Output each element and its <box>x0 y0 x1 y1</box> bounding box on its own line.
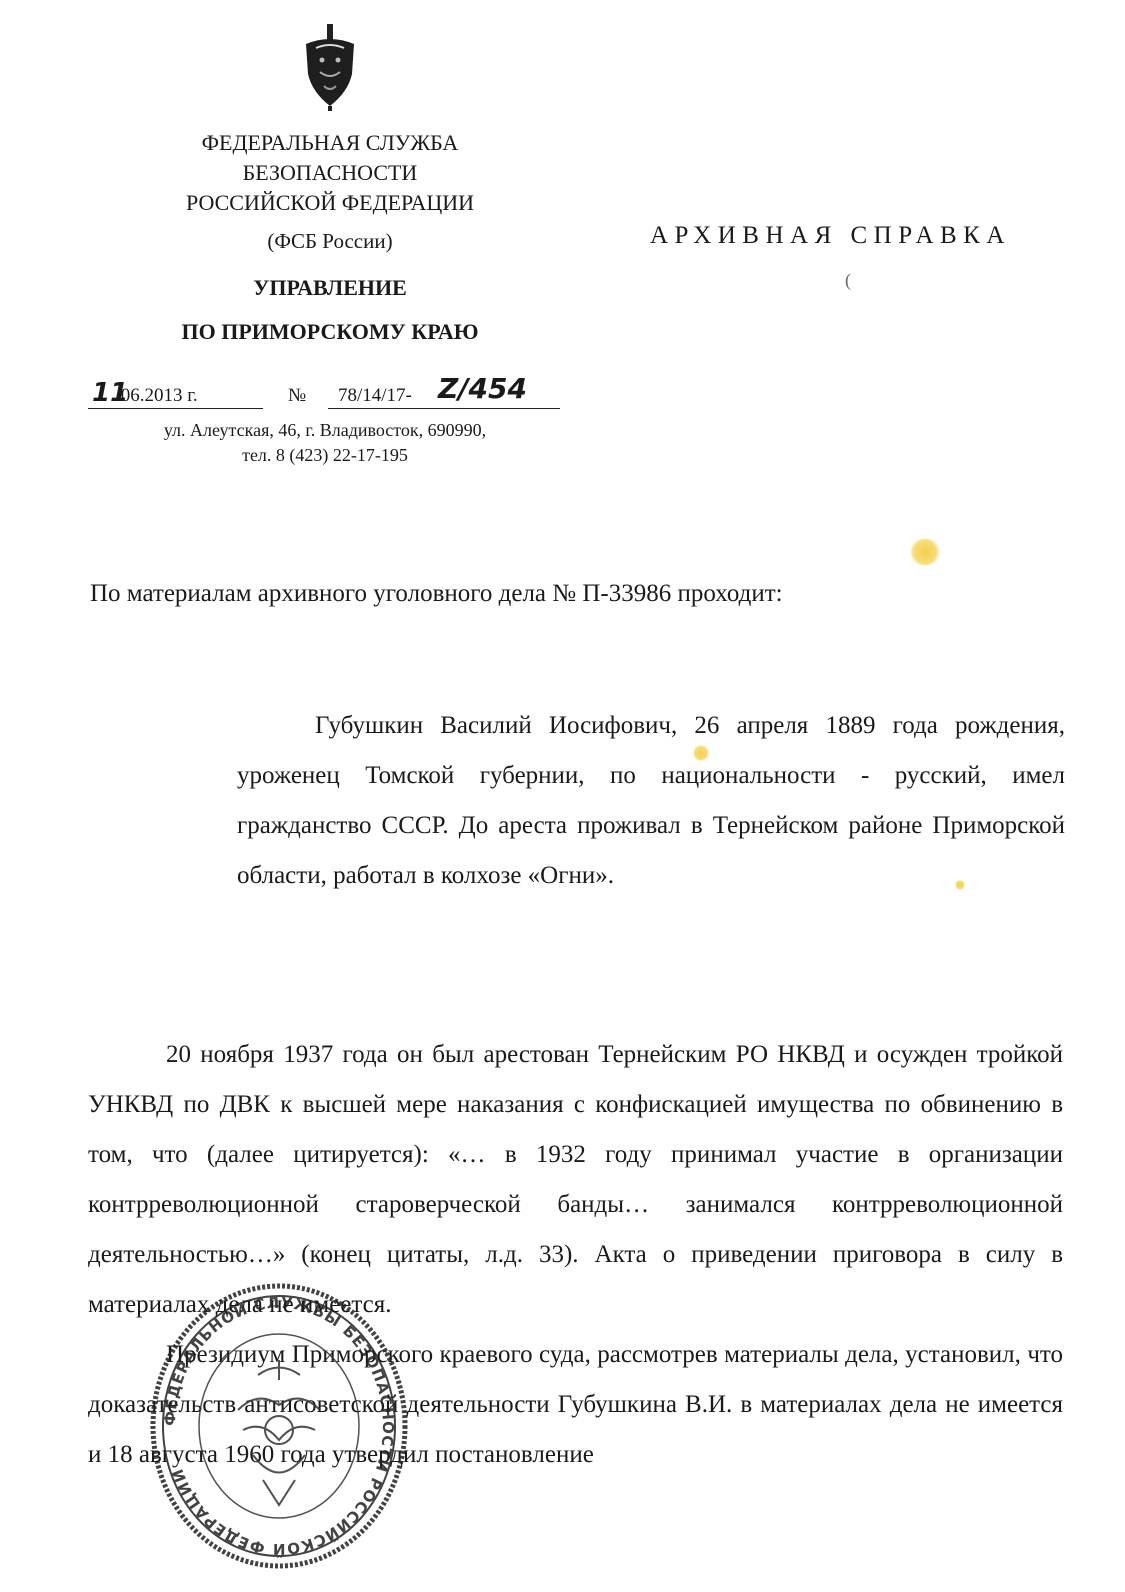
org-short-name: (ФСБ России) <box>140 226 520 256</box>
number-label: № <box>288 385 306 407</box>
department-name: УПРАВЛЕНИЕ ПО ПРИМОРСКОМУ КРАЮ <box>140 266 520 354</box>
org-line-3: РОССИЙСКОЙ ФЕДЕРАЦИИ <box>140 188 520 218</box>
official-seal-icon: ФЕДЕРАЛЬНОЙ СЛУЖБЫ БЕЗОПАСНОСТИ РОССИЙСК… <box>148 1280 410 1572</box>
fsb-emblem-icon <box>302 22 358 112</box>
person-paragraph: Губушкин Василий Иосифович, 26 апреля 18… <box>237 701 1065 901</box>
date-printed: .06.2013 г. <box>116 385 198 407</box>
org-line-2: БЕЗОПАСНОСТИ <box>140 158 520 188</box>
organization-name: ФЕДЕРАЛЬНАЯ СЛУЖБА БЕЗОПАСНОСТИ РОССИЙСК… <box>140 128 520 218</box>
org-line-1: ФЕДЕРАЛЬНАЯ СЛУЖБА <box>140 128 520 158</box>
date-underline <box>88 408 263 409</box>
document-title: АРХИВНАЯ СПРАВКА <box>650 222 1011 250</box>
phone-line: тел. 8 (423) 22-17-195 <box>100 443 550 468</box>
number-handwritten: Z/454 <box>438 372 527 405</box>
number-printed: 78/14/17- <box>338 385 412 407</box>
date-number-row: 11 .06.2013 г. № 78/14/17- Z/454 <box>88 382 568 416</box>
address-line: ул. Алеутская, 46, г. Владивосток, 69099… <box>100 418 550 443</box>
department-line-2: ПО ПРИМОРСКОМУ КРАЮ <box>140 310 520 354</box>
department-line-1: УПРАВЛЕНИЕ <box>140 266 520 310</box>
case-lead-line: По материалам архивного уголовного дела … <box>90 580 783 608</box>
margin-mark: ( <box>845 270 851 291</box>
number-underline <box>328 408 560 409</box>
paper-stain <box>910 538 940 566</box>
sender-address: ул. Алеутская, 46, г. Владивосток, 69099… <box>100 418 550 468</box>
